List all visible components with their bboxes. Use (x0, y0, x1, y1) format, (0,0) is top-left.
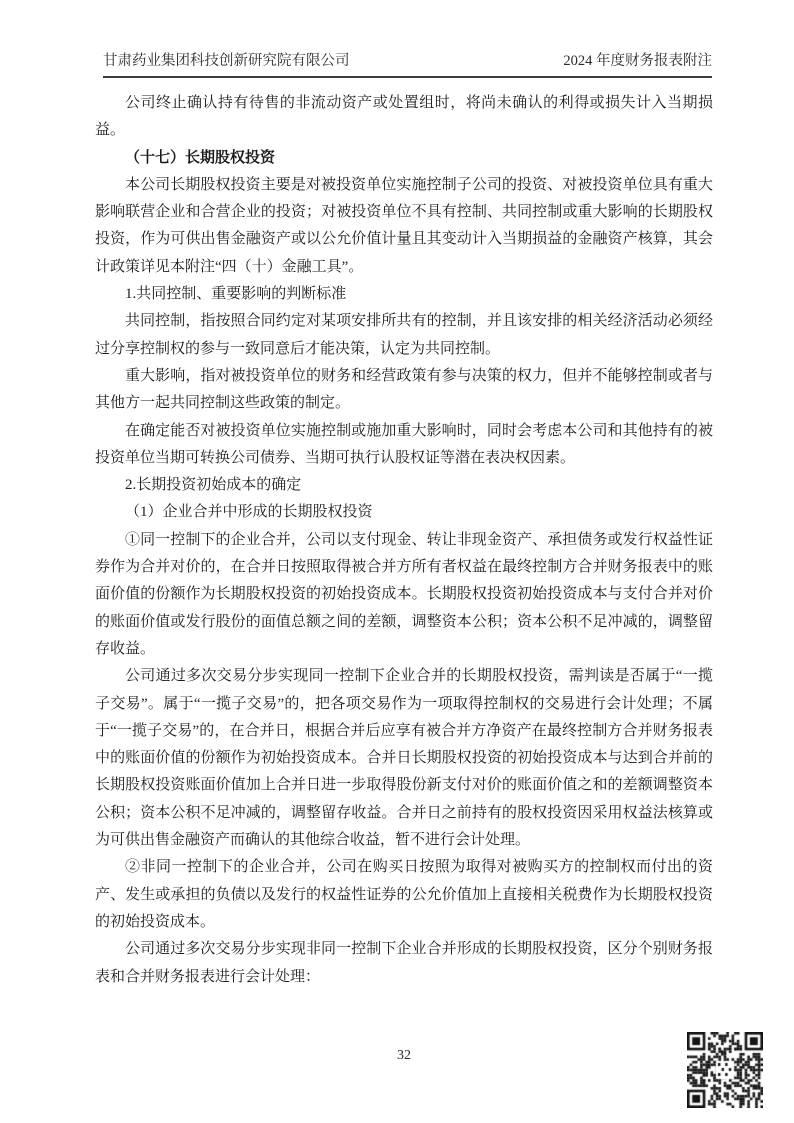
paragraph: 本公司长期股权投资主要是对被投资单位实施控制子公司的投资、对被投资单位具有重大影… (95, 172, 713, 281)
paragraph: 重大影响，指对被投资单位的财务和经营政策有参与决策的权力，但并不能够控制或者与其… (95, 363, 713, 418)
qr-code (687, 1032, 763, 1108)
page-footer: 32 (95, 1048, 713, 1064)
paragraph: 公司通过多次交易分步实现非同一控制下企业合并形成的长期股权投资，区分个别财务报表… (95, 936, 713, 991)
paragraph: 2.长期投资初始成本的确定 (95, 472, 713, 499)
header-company-name: 甘肃药业集团科技创新研究院有限公司 (103, 52, 350, 70)
paragraph: 在确定能否对被投资单位实施控制或施加重大影响时，同时会考虑本公司和其他持有的被投… (95, 418, 713, 473)
page-header: 甘肃药业集团科技创新研究院有限公司 2024 年度财务报表附注 (103, 52, 712, 78)
header-doc-title: 2024 年度财务报表附注 (563, 52, 712, 70)
paragraph: ①同一控制下的企业合并，公司以支付现金、转让非现金资产、承担债务或发行权益性证券… (95, 527, 713, 663)
page-number: 32 (397, 1048, 411, 1063)
paragraph: 1.共同控制、重要影响的判断标准 (95, 281, 713, 308)
paragraph: 公司终止确认持有待售的非流动资产或处置组时，将尚未确认的利得或损失计入当期损益。 (95, 90, 713, 145)
document-body: 公司终止确认持有待售的非流动资产或处置组时，将尚未确认的利得或损失计入当期损益。… (95, 90, 713, 991)
paragraph: ②非同一控制下的企业合并，公司在购买日按照为取得对被购买方的控制权而付出的资产、… (95, 854, 713, 936)
paragraph: 共同控制，指按照合同约定对某项安排所共有的控制，并且该安排的相关经济活动必须经过… (95, 308, 713, 363)
document-page: 甘肃药业集团科技创新研究院有限公司 2024 年度财务报表附注 公司终止确认持有… (0, 0, 794, 1123)
section-heading: （十七）长期股权投资 (95, 145, 713, 172)
paragraph: （1）企业合并中形成的长期股权投资 (95, 499, 713, 526)
paragraph: 公司通过多次交易分步实现同一控制下企业合并的长期股权投资，需判读是否属于“一揽子… (95, 663, 713, 854)
